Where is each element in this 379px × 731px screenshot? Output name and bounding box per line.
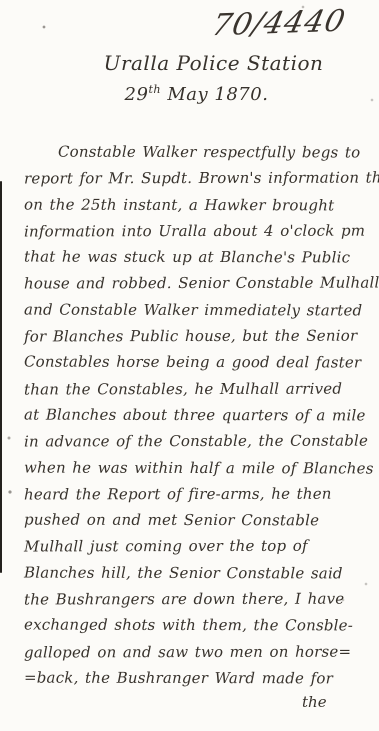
report-line: Constable Walker respectfully begs to: [24, 139, 371, 166]
date-ordinal-suffix: th: [148, 83, 161, 96]
catchword: the: [302, 693, 327, 711]
station-title: Uralla Police Station: [0, 51, 379, 75]
date-day: 29: [125, 84, 149, 105]
scan-edge-artifact: [0, 181, 2, 573]
report-line: when he was within half a mile of Blanch…: [24, 454, 371, 481]
report-line: heard the Report of fire-arms, he then: [24, 480, 371, 507]
report-line: information into Uralla about 4 o'clock …: [24, 217, 371, 244]
report-line: in advance of the Constable, the Constab…: [24, 428, 371, 455]
report-line: and Constable Walker immediately started: [24, 296, 371, 323]
document-page: 70/4440 Uralla Police Station 29th May 1…: [0, 0, 379, 731]
report-line: galloped on and saw two men on horse=: [24, 638, 371, 665]
report-line: that he was stuck up at Blanche's Public: [24, 244, 371, 271]
report-line: the Bushrangers are down there, I have: [24, 586, 371, 613]
report-body: Constable Walker respectfully begs to re…: [24, 139, 371, 691]
report-line: report for Mr. Supdt. Brown's informatio…: [24, 165, 371, 192]
date-line: 29th May 1870.: [0, 83, 379, 105]
report-line: at Blanches about three quarters of a mi…: [24, 402, 371, 429]
report-line: Mulhall just coming over the top of: [24, 533, 371, 560]
report-line: exchanged shots with them, the Consble-: [24, 612, 371, 639]
report-line: house and robbed. Senior Constable Mulha…: [24, 270, 371, 297]
report-line: pushed on and met Senior Constable: [24, 507, 371, 534]
report-line: than the Constables, he Mulhall arrived: [24, 375, 371, 402]
report-line: Constables horse being a good deal faste…: [24, 349, 371, 376]
report-line: =back, the Bushranger Ward made for: [24, 664, 371, 691]
report-line: on the 25th instant, a Hawker brought: [24, 191, 371, 218]
report-line: Blanches hill, the Senior Constable said: [24, 559, 371, 586]
report-line: for Blanches Public house, but the Senio…: [24, 323, 371, 350]
date-rest: May 1870.: [161, 84, 268, 105]
file-number: 70/4440: [209, 4, 349, 44]
